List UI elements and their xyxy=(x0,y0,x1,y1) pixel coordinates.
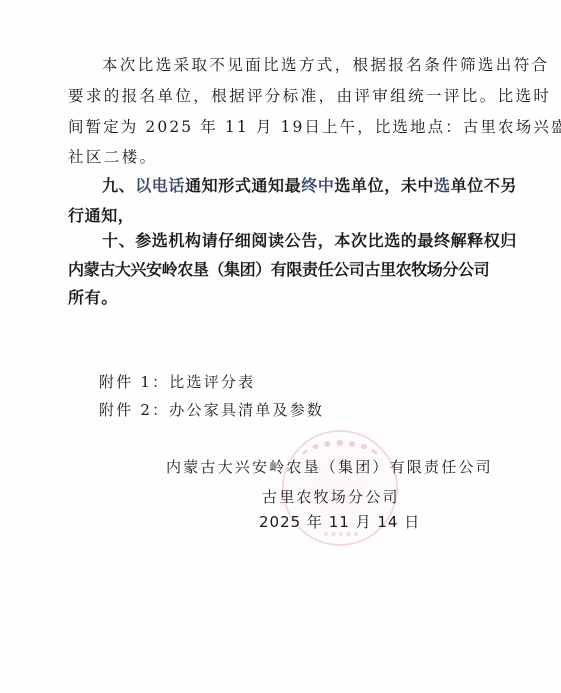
text-segment: 选单位，未中 xyxy=(334,176,434,195)
signature-org-line-2: 古里农牧场分公司 xyxy=(262,487,400,507)
item-nine-line: 九、以电话通知形式通知最终中选单位，未中选单位不另 xyxy=(102,176,517,196)
paragraph-line: 间暂定为 2025 年 11 月 19日上午，比选地点：古里农场兴盛 xyxy=(68,117,561,137)
paragraph-line: 社区二楼。 xyxy=(68,147,158,167)
text-segment: 单位不另 xyxy=(451,176,517,195)
paragraph-line: 所有。 xyxy=(68,288,118,308)
paragraph-line: 行通知， xyxy=(68,206,134,226)
text-segment: 以电话 xyxy=(135,176,185,195)
text-segment: 通知形式通知最 xyxy=(185,176,301,195)
attachment-1: 附件 1：比选评分表 xyxy=(99,372,255,392)
item-number: 九、 xyxy=(102,176,135,195)
text-segment: 选 xyxy=(434,176,451,195)
signature-date: 2025 年 11 月 14 日 xyxy=(259,512,420,532)
paragraph-line: 要求的报名单位，根据评分标准，由评审组统一评比。比选时 xyxy=(68,86,551,106)
paragraph-line: 本次比选采取不见面比选方式，根据报名条件筛选出符合 xyxy=(102,55,550,75)
text-segment: 终中 xyxy=(301,176,334,195)
attachment-2: 附件 2：办公家具清单及参数 xyxy=(99,400,324,420)
paragraph-line: 内蒙古大兴安岭农垦（集团）有限责任公司古里农牧场分公司 xyxy=(68,260,489,280)
signature-org-line-1: 内蒙古大兴安岭农垦（集团）有限责任公司 xyxy=(166,457,493,477)
document-page: 本次比选采取不见面比选方式，根据报名条件筛选出符合 要求的报名单位，根据评分标准… xyxy=(0,0,561,693)
item-ten-line: 十、参选机构请仔细阅读公告，本次比选的最终解释权归 xyxy=(102,231,517,251)
